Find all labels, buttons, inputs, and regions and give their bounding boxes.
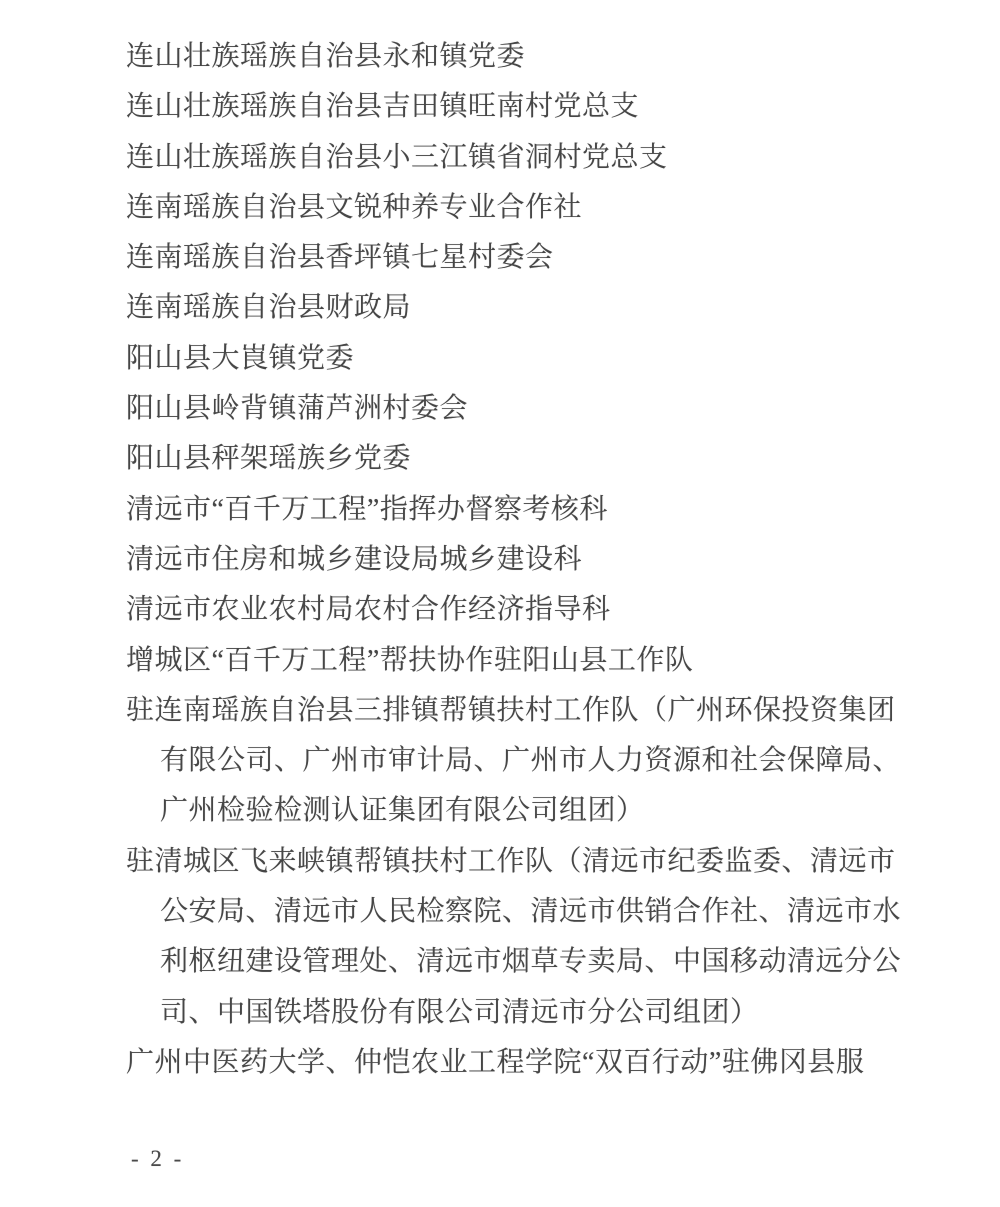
organization-line: 清远市住房和城乡建设局城乡建设科 [126, 535, 946, 585]
organization-line: 连山壮族瑶族自治县吉田镇旺南村党总支 [126, 82, 946, 132]
organization-line: 连山壮族瑶族自治县小三江镇省洞村党总支 [126, 133, 946, 183]
organization-line: 驻清城区飞来峡镇帮镇扶村工作队（清远市纪委监委、清远市 [126, 837, 946, 887]
organization-line: 阳山县秤架瑶族乡党委 [126, 434, 946, 484]
organization-line: 公安局、清远市人民检察院、清远市供销合作社、清远市水 [126, 887, 946, 937]
organization-line: 连南瑶族自治县财政局 [126, 283, 946, 333]
document-page: 连山壮族瑶族自治县永和镇党委连山壮族瑶族自治县吉田镇旺南村党总支连山壮族瑶族自治… [0, 0, 1000, 1207]
organization-line: 增城区“百千万工程”帮扶协作驻阳山县工作队 [126, 636, 946, 686]
organization-line: 利枢纽建设管理处、清远市烟草专卖局、中国移动清远分公 [126, 937, 946, 987]
organization-list: 连山壮族瑶族自治县永和镇党委连山壮族瑶族自治县吉田镇旺南村党总支连山壮族瑶族自治… [126, 32, 946, 1088]
organization-line: 驻连南瑶族自治县三排镇帮镇扶村工作队（广州环保投资集团 [126, 686, 946, 736]
organization-line: 广州检验检测认证集团有限公司组团） [126, 786, 946, 836]
organization-line: 阳山县岭背镇蒲芦洲村委会 [126, 384, 946, 434]
organization-line: 司、中国铁塔股份有限公司清远市分公司组团） [126, 988, 946, 1038]
organization-line: 广州中医药大学、仲恺农业工程学院“双百行动”驻佛冈县服 [126, 1038, 946, 1088]
organization-line: 连南瑶族自治县文锐种养专业合作社 [126, 183, 946, 233]
organization-line: 连山壮族瑶族自治县永和镇党委 [126, 32, 946, 82]
organization-line: 有限公司、广州市审计局、广州市人力资源和社会保障局、 [126, 736, 946, 786]
organization-line: 清远市农业农村局农村合作经济指导科 [126, 585, 946, 635]
page-number: - 2 - [131, 1146, 184, 1172]
organization-line: 清远市“百千万工程”指挥办督察考核科 [126, 485, 946, 535]
organization-line: 阳山县大崀镇党委 [126, 334, 946, 384]
organization-line: 连南瑶族自治县香坪镇七星村委会 [126, 233, 946, 283]
